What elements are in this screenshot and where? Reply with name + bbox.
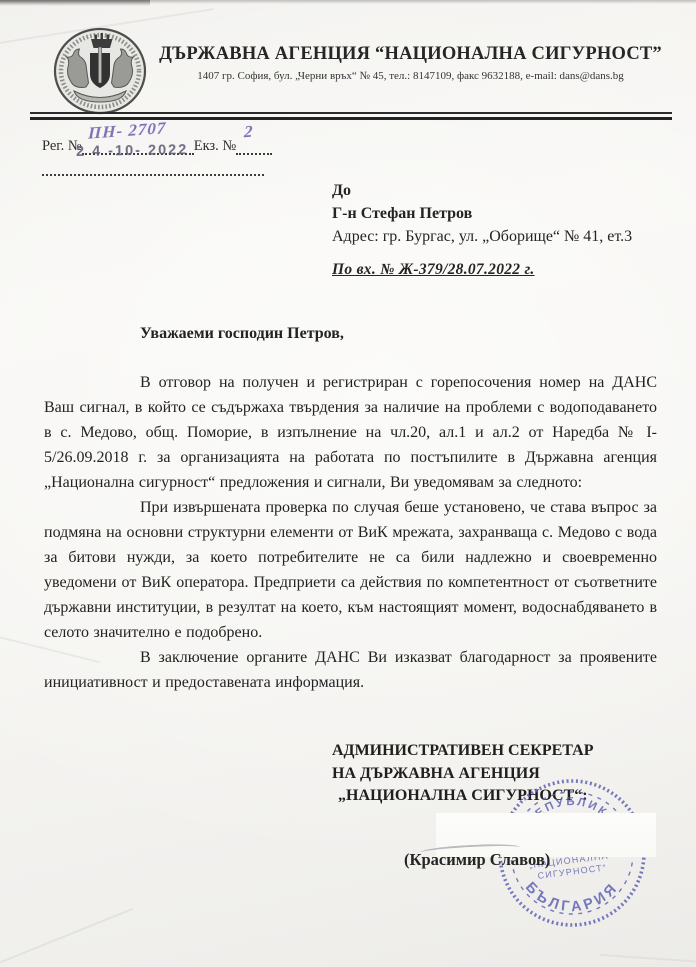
- signature-title-line-1: АДМИНИСТРАТИВЕН СЕКРЕТАР: [332, 740, 593, 763]
- letter-body: Уважаеми господин Петров, В отговор на п…: [44, 321, 657, 695]
- body-paragraph-3: В заключение органите ДАНС Ви изказват б…: [44, 645, 657, 695]
- incoming-reference-line: По вх. № Ж-379/28.07.2022 г.: [332, 261, 535, 279]
- addressee-address: Адрес: гр. Бургас, ул. „Оборище“ № 41, е…: [332, 225, 632, 248]
- stamp-ring-text-bottom: БЪЛГАРИЯ: [522, 879, 622, 915]
- dans-emblem-icon: [46, 25, 154, 117]
- body-paragraph-2: При извършената проверка по случая беше …: [44, 495, 657, 645]
- copy-number-handwritten: 2: [244, 122, 253, 143]
- registration-block: Рег. №ПН- 2707Екз. №2 2 4 -10- 2022: [42, 133, 272, 176]
- paper-crease: [600, 954, 696, 964]
- scan-corner-shadow: [0, 0, 150, 6]
- salutation: Уважаеми господин Петров,: [140, 321, 657, 346]
- addressee-name: Г-н Стефан Петров: [332, 202, 632, 225]
- copy-number-label: Екз. №: [194, 138, 237, 155]
- reg-number-handwritten: ПН- 2707: [87, 118, 166, 144]
- agency-name: ДЪРЖАВНА АГЕНЦИЯ “НАЦИОНАЛНА СИГУРНОСТ”: [158, 44, 663, 65]
- paper-crease: [0, 908, 133, 966]
- body-paragraph-1: В отговор на получен и регистриран с гор…: [44, 370, 657, 495]
- copy-number-dotted-line: 2: [236, 138, 272, 155]
- signer-name: (Красимир Славов): [404, 850, 550, 870]
- scanned-letter-page: ДЪРЖАВНА АГЕНЦИЯ “НАЦИОНАЛНА СИГУРНОСТ” …: [0, 0, 696, 967]
- agency-contact-line: 1407 гр. София, бул. „Черни връх“ № 45, …: [158, 70, 663, 82]
- letterhead: ДЪРЖАВНА АГЕНЦИЯ “НАЦИОНАЛНА СИГУРНОСТ” …: [158, 44, 663, 82]
- addressee-block: До Г-н Стефан Петров Адрес: гр. Бургас, …: [332, 179, 632, 248]
- date-stamp: 2 4 -10- 2022: [76, 142, 189, 160]
- date-dotted-line: 2 4 -10- 2022: [42, 159, 264, 176]
- to-label: До: [332, 179, 632, 202]
- header-divider-rule: [30, 112, 672, 120]
- svg-text:БЪЛГАРИЯ: БЪЛГАРИЯ: [522, 879, 622, 915]
